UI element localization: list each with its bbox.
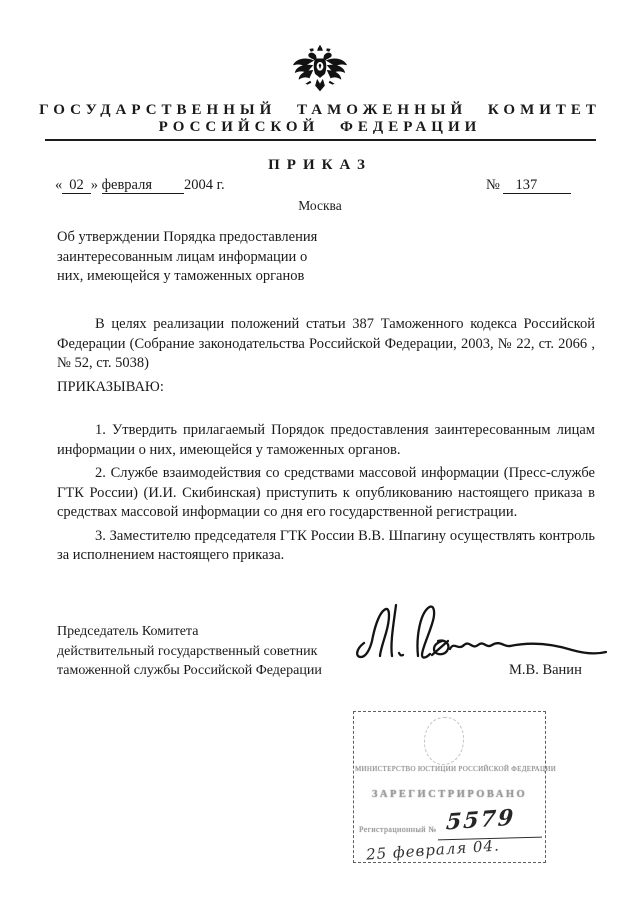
organization-name-line2: РОССИЙСКОЙ ФЕДЕРАЦИИ [0,119,640,136]
date-month: февраля [102,177,184,194]
signatory-position-line3: таможенной службы Российской Федерации [57,661,322,681]
handwritten-signature [350,599,612,665]
stamp-ministry-line: МИНИСТЕРСТВО ЮСТИЦИИ РОССИЙСКОЙ ФЕДЕРАЦИ… [355,765,542,773]
date-day: 02 [62,177,91,194]
order-items: 1. Утвердить прилагаемый Порядок предост… [57,421,595,570]
russia-coat-of-arms-icon [291,43,349,105]
signatory-position-line1: Председатель Комитета [57,622,322,642]
order-subject-line2: заинтересованным лицам информации о [57,248,317,268]
scanned-order-document: ГОСУДАРСТВЕННЫЙ ТАМОЖЕННЫЙ КОМИТЕТ РОССИ… [0,0,640,900]
header-divider [45,139,596,141]
order-item-2: 2. Службе взаимодействия со средствами м… [57,464,595,523]
date-year: 2004 г. [184,177,225,193]
order-item-3: 3. Заместителю председателя ГТК России В… [57,527,595,566]
organization-name: ГОСУДАРСТВЕННЫЙ ТАМОЖЕННЫЙ КОМИТЕТ РОССИ… [0,102,640,136]
organization-name-line1: ГОСУДАРСТВЕННЫЙ ТАМОЖЕННЫЙ КОМИТЕТ [0,102,640,119]
signatory-position-line2: действительный государственный советник [57,642,322,662]
order-subject: Об утверждении Порядка предоставления за… [57,228,317,287]
order-number: № 137 [486,177,571,194]
order-number-value: 137 [503,177,571,194]
registration-stamp: МИНИСТЕРСТВО ЮСТИЦИИ РОССИЙСКОЙ ФЕДЕРАЦИ… [353,711,546,863]
decree-word: ПРИКАЗЫВАЮ: [57,379,164,396]
order-city: Москва [0,198,640,214]
stamp-emblem-smudge-icon [424,717,464,765]
stamp-registered-label: ЗАРЕГИСТРИРОВАНО [354,789,545,800]
order-date: «02» февраля2004 г. [55,177,225,194]
signatory-position: Председатель Комитета действительный гос… [57,622,322,681]
order-subject-line1: Об утверждении Порядка предоставления [57,228,317,248]
order-number-label: № [486,177,500,193]
stamp-reg-number-label: Регистрационный № [359,825,436,834]
date-close-quote: » [91,177,98,193]
stamp-reg-date-handwritten: 25 февраля 04. [366,836,501,863]
order-item-1: 1. Утвердить прилагаемый Порядок предост… [57,421,595,460]
signatory-name: М.В. Ванин [509,662,582,679]
order-preamble: В целях реализации положений статьи 387 … [57,315,595,374]
order-subject-line3: них, имеющейся у таможенных органов [57,267,317,287]
stamp-reg-number-handwritten: 5579 [445,804,516,835]
order-title: ПРИКАЗ [0,157,640,174]
